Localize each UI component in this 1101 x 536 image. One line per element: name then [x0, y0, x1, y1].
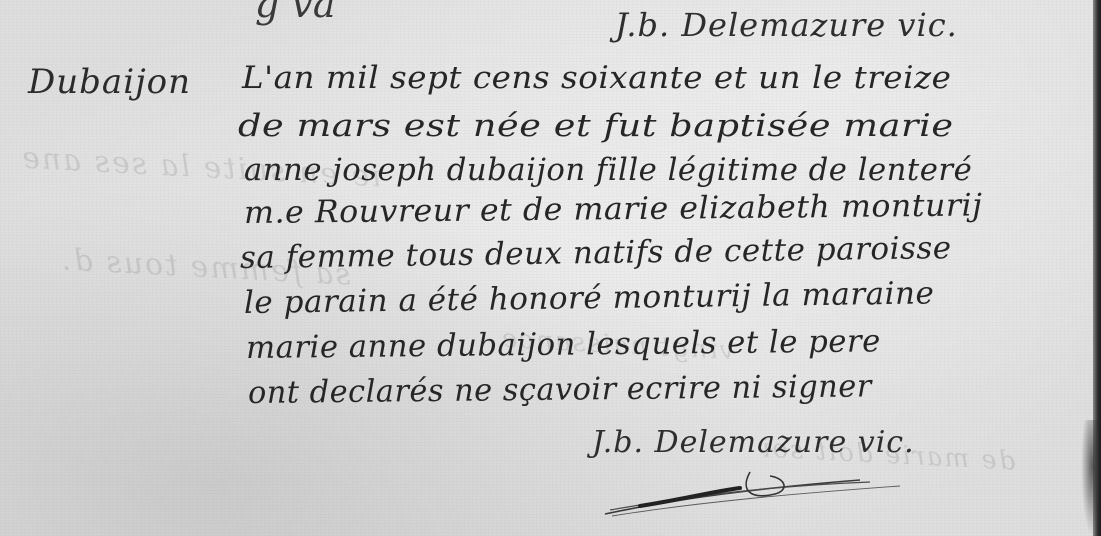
margin-surname: Dubaijon: [28, 62, 191, 102]
previous-entry-signature: J.b. Delemazure vic.: [615, 6, 958, 44]
entry-line-3: anne joseph dubaijon fille légitime de l…: [244, 152, 972, 188]
entry-line-7: marie anne dubaijon lesquels et le pere: [246, 323, 881, 366]
entry-line-4: m.e Rouvreur et de marie elizabeth montu…: [244, 187, 983, 231]
entry-line-6: le parain a été honoré monturij la marai…: [244, 275, 935, 321]
entry-line-8: ont declarés ne sçavoir ecrire ni signer: [248, 368, 872, 411]
entry-line-1: L'an mil sept cens soixante et un le tre…: [242, 60, 951, 96]
document-page: ie en suite la ses ane sa femme tous d. …: [0, 0, 1101, 536]
signature-flourish-icon: [600, 470, 940, 520]
entry-line-5: sa femme tous deux natifs de cette paroi…: [240, 230, 952, 276]
previous-entry-fragment: g va: [255, 0, 336, 26]
page-edge-stain: [1081, 420, 1097, 536]
entry-line-2: de mars est née et fut baptisée marie: [238, 108, 954, 144]
priest-signature: J.b. Delemazure vic.: [592, 425, 915, 460]
